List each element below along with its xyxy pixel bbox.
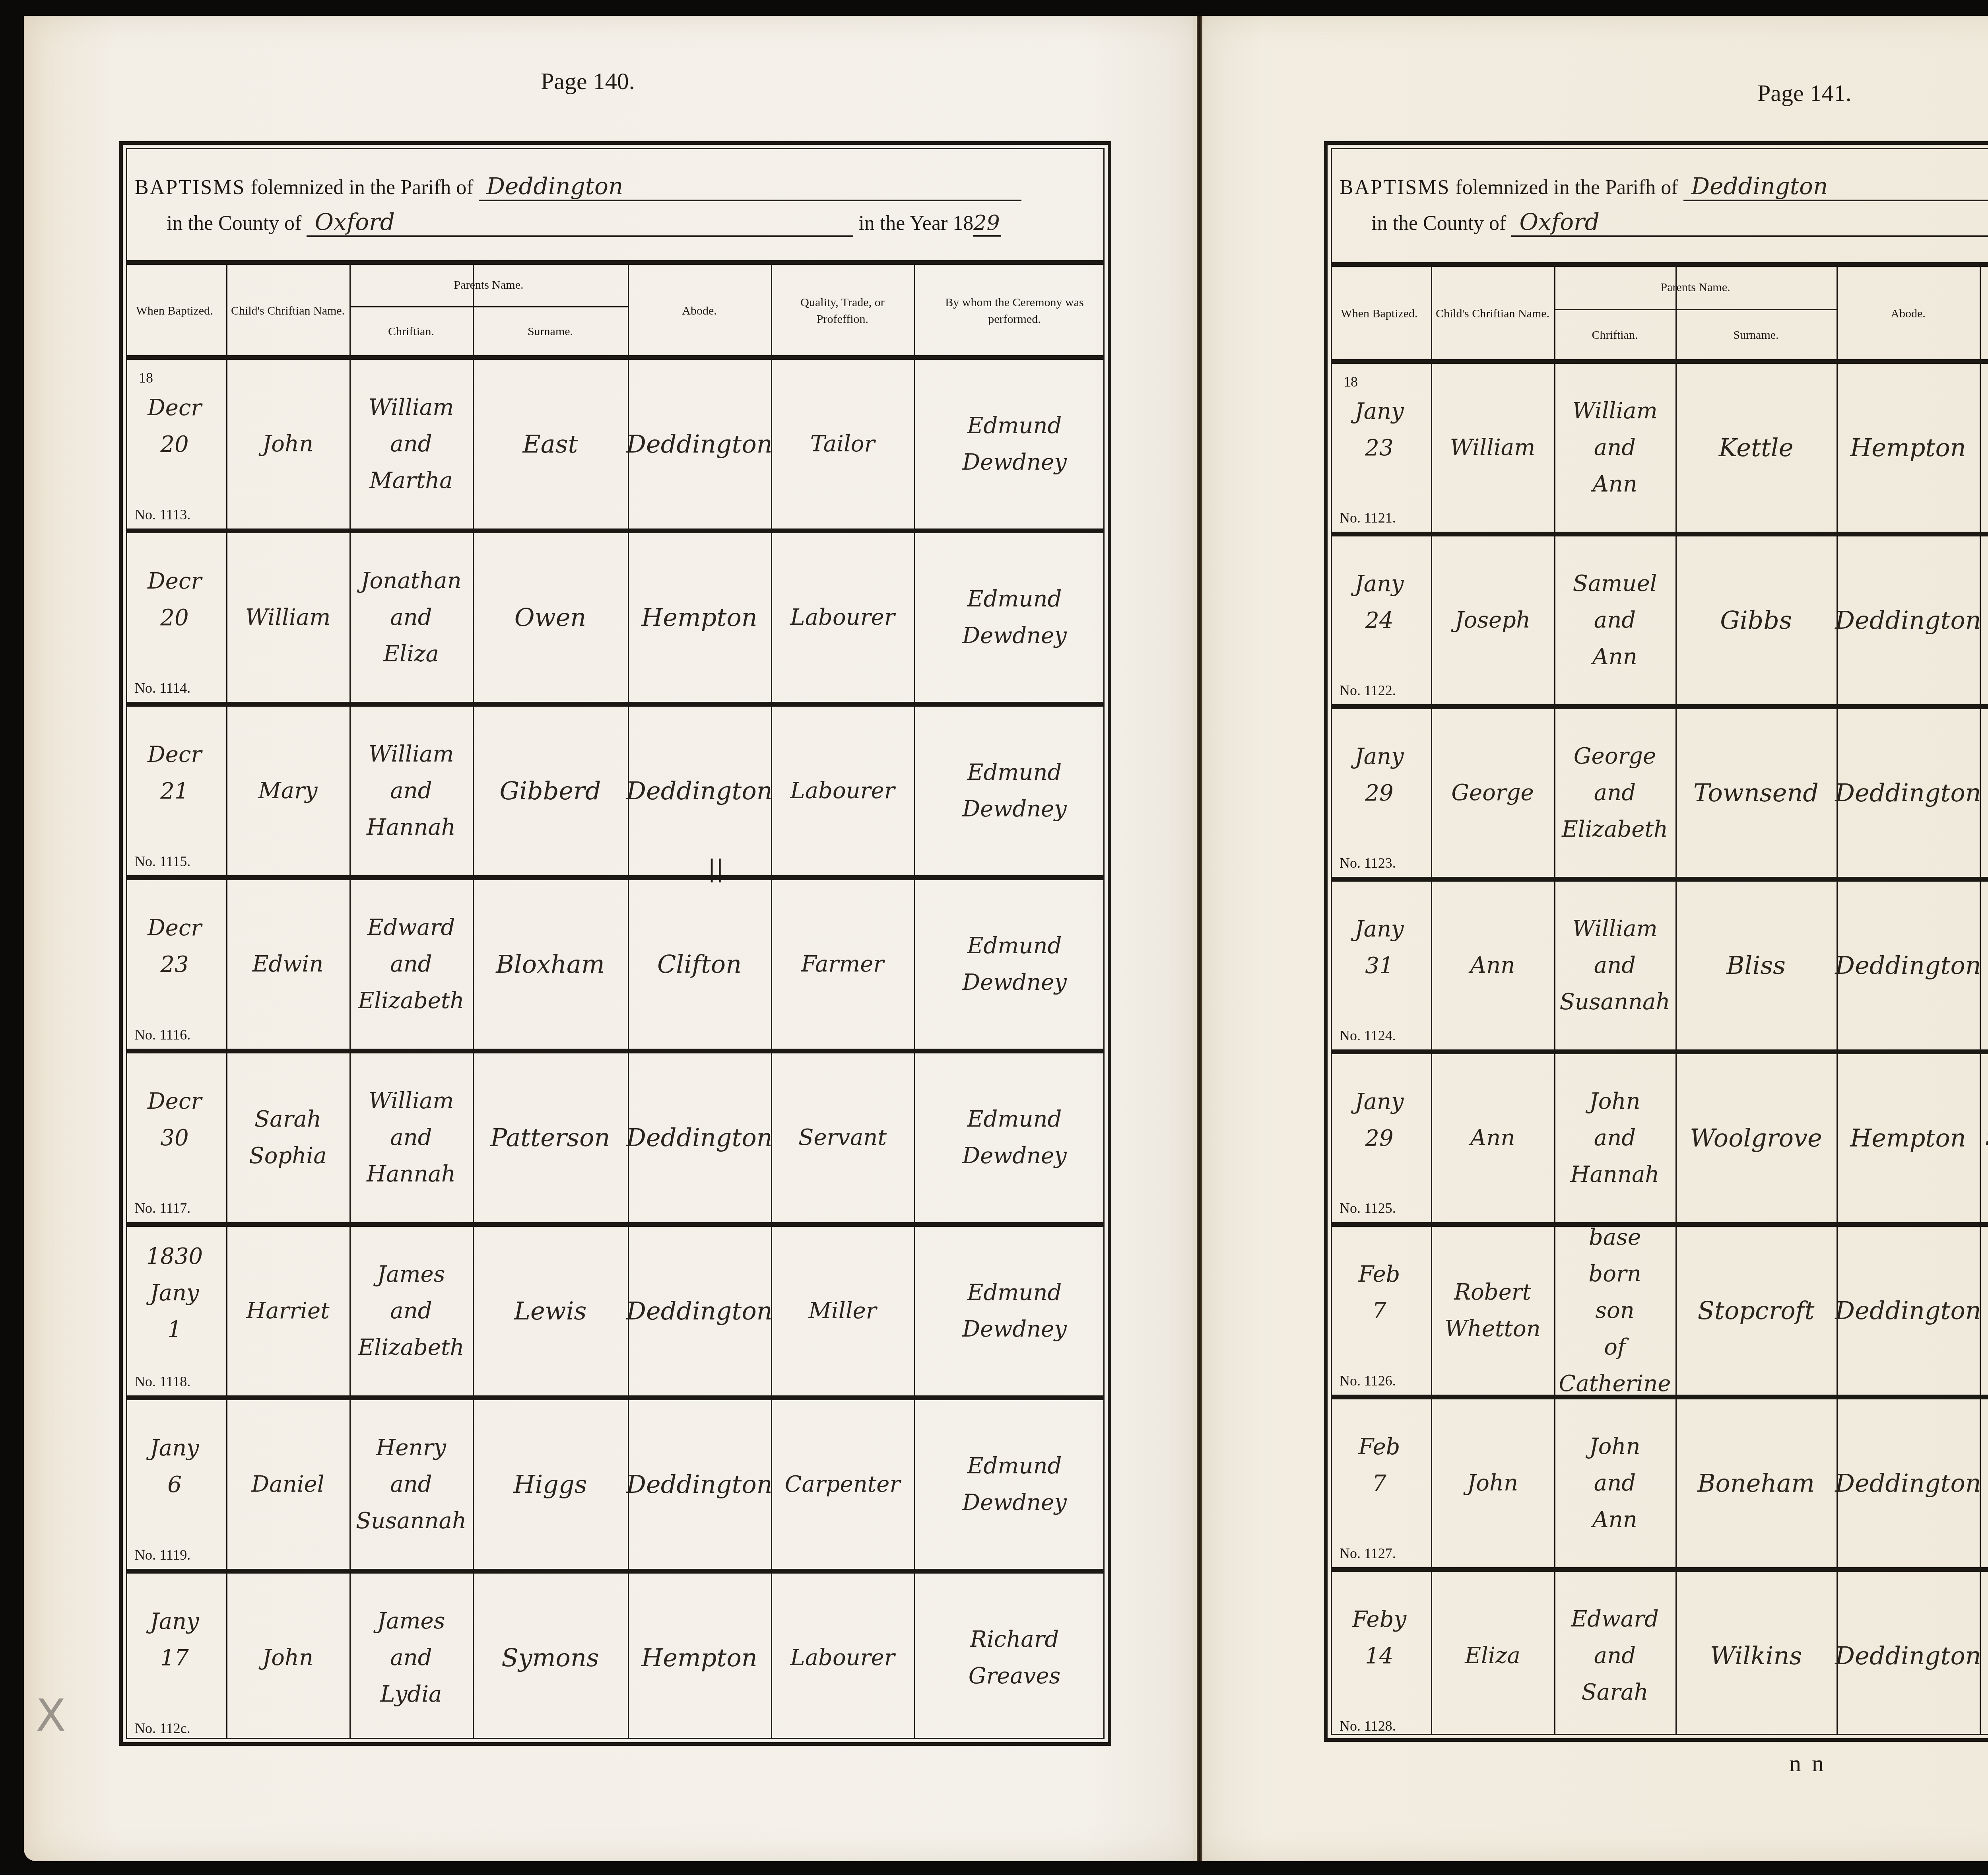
cell-abode: Deddington	[1837, 1570, 1980, 1742]
cell-parents: William and Susannah	[1554, 879, 1675, 1052]
right_page-title-line-1: BAPTISMS folemnized in the Parifh of Ded…	[1340, 173, 1988, 201]
cell-surname: Kettle	[1675, 361, 1837, 534]
cell-date: Decr 23	[123, 878, 226, 1015]
cell-date: Jany 24	[1328, 534, 1431, 671]
parish-field: Deddington	[479, 173, 1021, 201]
entry-number: No. 1123.	[1340, 855, 1396, 871]
cell-parents: William and Martha	[349, 358, 473, 531]
cell-parents: base born son of Catherine	[1554, 1224, 1675, 1397]
cell-date: Jany 23	[1328, 361, 1431, 498]
col-parents-christian-header: Chriftian.	[349, 306, 473, 358]
cell-date: Decr 20	[123, 531, 226, 668]
table-row: Decr 21MaryWilliam and HannahGibberdDedd…	[123, 704, 1108, 878]
title-text: in the Year 18	[858, 212, 973, 235]
cell-child: Harriet	[226, 1224, 349, 1398]
cell-child: Robert Whetton	[1431, 1224, 1554, 1397]
entry-number: No. 1118.	[135, 1373, 190, 1390]
register-table-left: BAPTISMS folemnized in the Parifh of Ded…	[119, 141, 1111, 1746]
cell-abode: Deddington	[628, 704, 771, 878]
cell-abode: Deddington	[628, 358, 771, 531]
right_page-title-line-2: in the County of Oxford in the Year 1830	[1371, 208, 1988, 237]
cell-surname: Stopcroft	[1675, 1224, 1837, 1397]
title-text: in the County of	[1371, 212, 1506, 235]
register-spread: Page 140. Page 141. BAPTISMS folemnized …	[0, 0, 1988, 1875]
cell-parents: Edward and Elizabeth	[349, 878, 473, 1051]
cell-parents: John and Hannah	[1554, 1052, 1675, 1224]
cell-child: Edwin	[226, 878, 349, 1051]
entry-number: No. 1113.	[135, 506, 190, 523]
entry-number: No. 1126.	[1340, 1372, 1396, 1389]
cell-abode: Deddington	[628, 1051, 771, 1224]
cell-quality: Paper maker	[1980, 707, 1988, 879]
table-row: Jany 17JohnJames and LydiaSymonsHemptonL…	[123, 1571, 1108, 1745]
table-row: Feby 14ElizaEdward and SarahWilkinsDeddi…	[1328, 1570, 1988, 1742]
cell-surname: Boneham	[1675, 1397, 1837, 1570]
cell-child: Ann	[1431, 1052, 1554, 1224]
col-parents-header: Parents Name.	[1554, 266, 1837, 309]
col-abode-header: Abode.	[1837, 266, 1980, 361]
cell-child: Eliza	[1431, 1570, 1554, 1742]
cell-surname: Higgs	[473, 1398, 628, 1571]
col-child-header: Child's Chriftian Name.	[1431, 266, 1554, 361]
cell-quality: Carpenter	[771, 1398, 914, 1571]
cell-quality: Labourer	[1980, 879, 1988, 1052]
cell-child: Ann	[1431, 879, 1554, 1052]
cell-abode: Deddington	[1837, 534, 1980, 707]
cell-surname: Bloxham	[473, 878, 628, 1051]
page-number-right: Page 141.	[1757, 80, 1852, 107]
cell-abode: Hempton	[628, 531, 771, 704]
entry-number: No. 1114.	[135, 680, 190, 696]
col-quality-header: Quality, Trade, or Profeffion.	[1980, 266, 1988, 361]
cell-date: Jany 29	[1328, 707, 1431, 843]
cell-abode: Deddington	[1837, 707, 1980, 879]
col-by-whom-header: By whom the Ceremony was performed.	[914, 264, 1115, 358]
col-quality-header: Quality, Trade, or Profeffion.	[771, 264, 914, 358]
cell-child: Mary	[226, 704, 349, 878]
cell-surname: Townsend	[1675, 707, 1837, 879]
table-row: Jany 29AnnJohn and HannahWoolgroveHempto…	[1328, 1052, 1988, 1224]
cell-parents: James and Elizabeth	[349, 1224, 473, 1398]
year-suffix: 29	[973, 211, 1001, 237]
cell-date: Jany 17	[123, 1571, 226, 1709]
entry-number: No. 1128.	[1340, 1718, 1396, 1734]
col-parents-surname-header: Surname.	[473, 306, 628, 358]
cell-by_whom: Edmund Dewdney	[914, 531, 1115, 704]
cell-child: William	[1431, 361, 1554, 534]
col-child-header: Child's Chriftian Name.	[226, 264, 349, 358]
col-abode-header: Abode.	[628, 264, 771, 358]
entry-number: No. 112c.	[135, 1720, 190, 1737]
cell-quality: Labourer	[771, 704, 914, 878]
register-table-right: BAPTISMS folemnized in the Parifh of Ded…	[1324, 141, 1988, 1742]
cell-abode: Deddington	[1837, 1224, 1980, 1397]
cell-quality: Miller	[771, 1224, 914, 1398]
cell-date: Feb 7	[1328, 1397, 1431, 1534]
cell-by_whom: Edmund Dewdney	[914, 1398, 1115, 1571]
cell-surname: Symons	[473, 1571, 628, 1745]
table-row: Jany 31AnnWilliam and SusannahBlissDeddi…	[1328, 879, 1988, 1052]
cell-abode: Deddington	[1837, 879, 1980, 1052]
title-text: in the County of	[167, 212, 301, 235]
cell-quality: Labourer	[1980, 361, 1988, 534]
cell-parents: George and Elizabeth	[1554, 707, 1675, 879]
cell-quality: Labourer	[771, 531, 914, 704]
table-row: Decr 23EdwinEdward and ElizabethBloxhamC…	[123, 878, 1108, 1051]
county-field: Oxford	[1511, 208, 1988, 237]
cell-surname: Patterson	[473, 1051, 628, 1224]
table-row: Jany 24JosephSamuel and AnnGibbsDeddingt…	[1328, 534, 1988, 707]
cell-child: John	[1431, 1397, 1554, 1570]
cell-child: Joseph	[1431, 534, 1554, 707]
cell-parents: William and Hannah	[349, 1051, 473, 1224]
cell-abode: Clifton	[628, 878, 771, 1051]
entry-number: No. 1116.	[135, 1026, 190, 1043]
cell-date: Decr 21	[123, 704, 226, 842]
cell-abode: Deddington	[628, 1224, 771, 1398]
table-row: Jany 23WilliamWilliam and AnnKettleHempt…	[1328, 361, 1988, 534]
cell-quality: Servant	[771, 1051, 914, 1224]
cell-child: John	[226, 358, 349, 531]
cell-date: Jany 29	[1328, 1052, 1431, 1189]
entry-number: No. 1122.	[1340, 682, 1396, 699]
entry-number: No. 1124.	[1340, 1027, 1396, 1044]
cell-parents: Jonathan and Eliza	[349, 531, 473, 704]
cell-surname: Lewis	[473, 1224, 628, 1398]
cell-by_whom: Edmund Dewdney	[914, 704, 1115, 878]
year-prefix: 18	[139, 369, 153, 386]
table-row: Feb 7Robert Whettonbase born son of Cath…	[1328, 1224, 1988, 1397]
left_page-title-line-2: in the County of Oxford in the Year 1829	[167, 208, 1001, 237]
cell-date: Decr 30	[123, 1051, 226, 1189]
cell-quality: Labourer	[1980, 1570, 1988, 1742]
table-row: Feb 7JohnJohn and AnnBonehamDeddingtonLa…	[1328, 1397, 1988, 1570]
cell-abode: Hempton	[1837, 361, 1980, 534]
table-row: Decr 20WilliamJonathan and ElizaOwenHemp…	[123, 531, 1108, 704]
cell-quality: Labourer	[1980, 1397, 1988, 1570]
entry-number: No. 1115.	[135, 853, 190, 870]
cell-by_whom: Richard Greaves	[914, 1571, 1115, 1745]
cell-by_whom: Edmund Dewdney	[914, 1051, 1115, 1224]
cell-parents: Samuel and Ann	[1554, 534, 1675, 707]
cell-date: Feb 7	[1328, 1224, 1431, 1361]
title-prefix: BAPTISMS	[135, 176, 245, 199]
cell-child: John	[226, 1571, 349, 1745]
cell-abode: Deddington	[628, 1398, 771, 1571]
cell-surname: East	[473, 358, 628, 531]
cell-surname: Owen	[473, 531, 628, 704]
cell-surname: Gibbs	[1675, 534, 1837, 707]
cell-parents: Henry and Susannah	[349, 1398, 473, 1571]
cell-child: Daniel	[226, 1398, 349, 1571]
cell-by_whom: Edmund Dewdney	[914, 358, 1115, 531]
cell-surname: Bliss	[1675, 879, 1837, 1052]
cell-date: 1830 Jany 1	[123, 1224, 226, 1362]
cell-date: Decr 20	[123, 358, 226, 495]
cell-quality: Tailor	[771, 358, 914, 531]
cell-surname: Gibberd	[473, 704, 628, 878]
cell-date: Jany 31	[1328, 879, 1431, 1016]
cell-quality: Farmer	[771, 878, 914, 1051]
signature-mark: n n	[1789, 1750, 1826, 1777]
cell-quality: Shoemaker	[1980, 1052, 1988, 1224]
cell-date: Jany 6	[123, 1398, 226, 1535]
table-row: Jany 6DanielHenry and SusannahHiggsDeddi…	[123, 1398, 1108, 1571]
county-field: Oxford	[307, 208, 853, 237]
margin-mark: ||	[708, 855, 724, 883]
table-row: 1830 Jany 1HarrietJames and ElizabethLew…	[123, 1224, 1108, 1398]
title-text: folemnized in the Parifh of	[250, 176, 473, 199]
left_page-title-line-1: BAPTISMS folemnized in the Parifh of Ded…	[135, 173, 1021, 201]
entry-number: No. 1119.	[135, 1547, 190, 1563]
cell-parents: John and Ann	[1554, 1397, 1675, 1570]
col-when-header: When Baptized.	[1328, 266, 1431, 361]
table-row: Jany 29GeorgeGeorge and ElizabethTownsen…	[1328, 707, 1988, 879]
parish-field: Deddington	[1683, 173, 1988, 201]
cell-by_whom: Edmund Dewdney	[914, 878, 1115, 1051]
cell-quality: Labourer	[1980, 534, 1988, 707]
cell-surname: Wilkins	[1675, 1570, 1837, 1742]
cell-parents: Edward and Sarah	[1554, 1570, 1675, 1742]
cell-parents: William and Hannah	[349, 704, 473, 878]
cell-surname: Woolgrove	[1675, 1052, 1837, 1224]
entry-number: No. 1117.	[135, 1200, 190, 1216]
cell-abode: Hempton	[1837, 1052, 1980, 1224]
entry-number: No. 1127.	[1340, 1545, 1396, 1562]
cell-child: George	[1431, 707, 1554, 879]
year-prefix: 18	[1343, 373, 1358, 390]
entry-number: No. 1121.	[1340, 509, 1396, 526]
cell-parents: William and Ann	[1554, 361, 1675, 534]
cell-child: Sarah Sophia	[226, 1051, 349, 1224]
page-number-left: Page 140.	[541, 68, 635, 95]
cell-parents: James and Lydia	[349, 1571, 473, 1745]
cell-date: Feby 14	[1328, 1570, 1431, 1706]
col-parents-christian-header: Chriftian.	[1554, 309, 1675, 361]
cell-child: William	[226, 531, 349, 704]
pencil-x-mark: X	[36, 1690, 66, 1741]
cell-abode: Deddington	[1837, 1397, 1980, 1570]
title-text: folemnized in the Parifh of	[1455, 176, 1678, 199]
cell-by_whom: Edmund Dewdney	[914, 1224, 1115, 1398]
entry-number: No. 1125.	[1340, 1200, 1396, 1216]
col-when-header: When Baptized.	[123, 264, 226, 358]
book-spine	[1197, 16, 1202, 1861]
cell-quality: Spinster	[1980, 1224, 1988, 1397]
col-parents-header: Parents Name.	[349, 264, 628, 306]
col-parents-surname-header: Surname.	[1675, 309, 1837, 361]
title-prefix: BAPTISMS	[1340, 176, 1450, 199]
cell-abode: Hempton	[628, 1571, 771, 1745]
cell-quality: Labourer	[771, 1571, 914, 1745]
table-row: Decr 20JohnWilliam and MarthaEastDedding…	[123, 358, 1108, 531]
table-row: Decr 30Sarah SophiaWilliam and HannahPat…	[123, 1051, 1108, 1224]
